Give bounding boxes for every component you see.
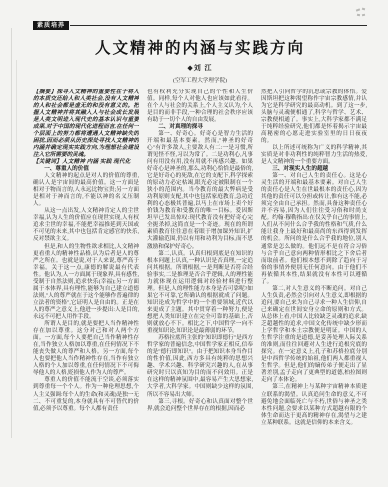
paragraph: 苏格拉底所主张的"知识即德行"是西方哲学家的普遍信念,中国哲学家正相反,信奉的是… [147, 335, 253, 398]
header-rule [70, 25, 367, 26]
section-label: 素质培养 [33, 21, 69, 31]
text-column-right: 然把人引向哲学的沉思或宗教的体悟。爱因斯坦把这种渴望称作宇宙宗教感情,并认为它是… [261, 89, 367, 475]
paragraph: 【关键词】人文精神 内涵 实践 现代化 [33, 159, 139, 166]
paragraph: 第一、对自己人生的责任心。这是心灵生活的开端和最基本要素。对自己人生的责任心是人… [261, 173, 367, 286]
paragraph: 然把人引向哲学的沉思或宗教的体悟。爱因斯坦把这种渴望称作宇宙宗教感情,并认为它是… [261, 89, 367, 145]
paragraph: 从这一点出发,人文精神肯定人的尘世幸福,认为人生的价值应在现世实现,人有权追求尘… [33, 208, 139, 243]
scan-speckle [356, 8, 366, 18]
paragraph: 尊重人的价值不能流于空谈,必须落实到尊重每一个个人。作为一种伦理思想,个人主义强… [33, 377, 139, 412]
paragraph: 【摘要】探寻人文精神的重要性在于将人的本质交还给人和人类社会,没有人文精神的人和… [33, 89, 139, 159]
text-column-middle: 也有权利充分实现自己的个性和人生价值。同样,每个人对他人也应该如此看待。在个人与… [147, 89, 253, 475]
article-title: 人文精神的内涵与实践方向 [33, 40, 367, 58]
paragraph: 人文精神的起点是对人的价值的尊重,确认人是宇宙间的最高价值。这一方面是相对于物而… [33, 173, 139, 208]
paragraph: 以上所述可统称为广义的科学精神,其实质是对非功利性的纯粹智力生活的热爱,是人文精… [261, 145, 367, 166]
paragraph: 第一、好奇心。好奇心是智力生活的开端和最基本要素。然而,"神圣的好奇心"有许多敌… [147, 131, 253, 251]
author-name: ◆刘 江 [33, 63, 367, 73]
paragraph: 第二,认真。认真归根到底是在知识的根本问题上认真,一种认识是否真理,一定追问其根… [147, 251, 253, 336]
article-body: 【摘要】探寻人文精神的重要性在于将人的本质交还给人和人类社会,没有人文精神的人和… [33, 89, 367, 475]
section-heading: 三、对现实人生的超越 [261, 166, 367, 173]
section-heading: 一、尊重人的价值 [33, 166, 139, 173]
paragraph: 第二,对人生意义的不断追问。对自己人生负责,必然会引向对人生意义,即根据的追问,… [261, 286, 367, 385]
paragraph: 也有权利充分实现自己的个性和人生价值。同样,每个人对他人也应该如此看待。在个人与… [147, 89, 253, 124]
page-header: 素质培养 [33, 20, 367, 31]
text-column-left: 【摘要】探寻人文精神的重要性在于将人的本质交还给人和人类社会,没有人文精神的人和… [33, 89, 139, 475]
scan-artifact-line [16, 60, 17, 390]
scanned-paper-page: 素质培养 人文精神的内涵与实践方向 ◆刘 江 (空军工程大学理学院) 【摘要】探… [0, 0, 388, 487]
paragraph: 所谓人是目的,就是要把人当作精神性存在加以尊重。这分对己和对人两个方面。一方面,… [33, 321, 139, 377]
paragraph: 第三,寻根。好奇心和认真面对整个世界,就会追问整个世界存在的根据,因而必 [147, 399, 253, 413]
scan-artifact-line [11, 28, 12, 438]
paragraph: 第三,在精神上与某种宇宙精神本质建立联系的渴望。认真追问生命的意义,不可避免地会… [261, 384, 367, 426]
paragraph: 但是,和人的生物性欲求相比,人文精神更看重人的精神性品格,认为后者是人的尊严之所… [33, 244, 139, 322]
section-heading: 二、对真理的探寻 [147, 124, 253, 131]
author-affiliation: (空军工程大学理学院) [33, 76, 367, 84]
